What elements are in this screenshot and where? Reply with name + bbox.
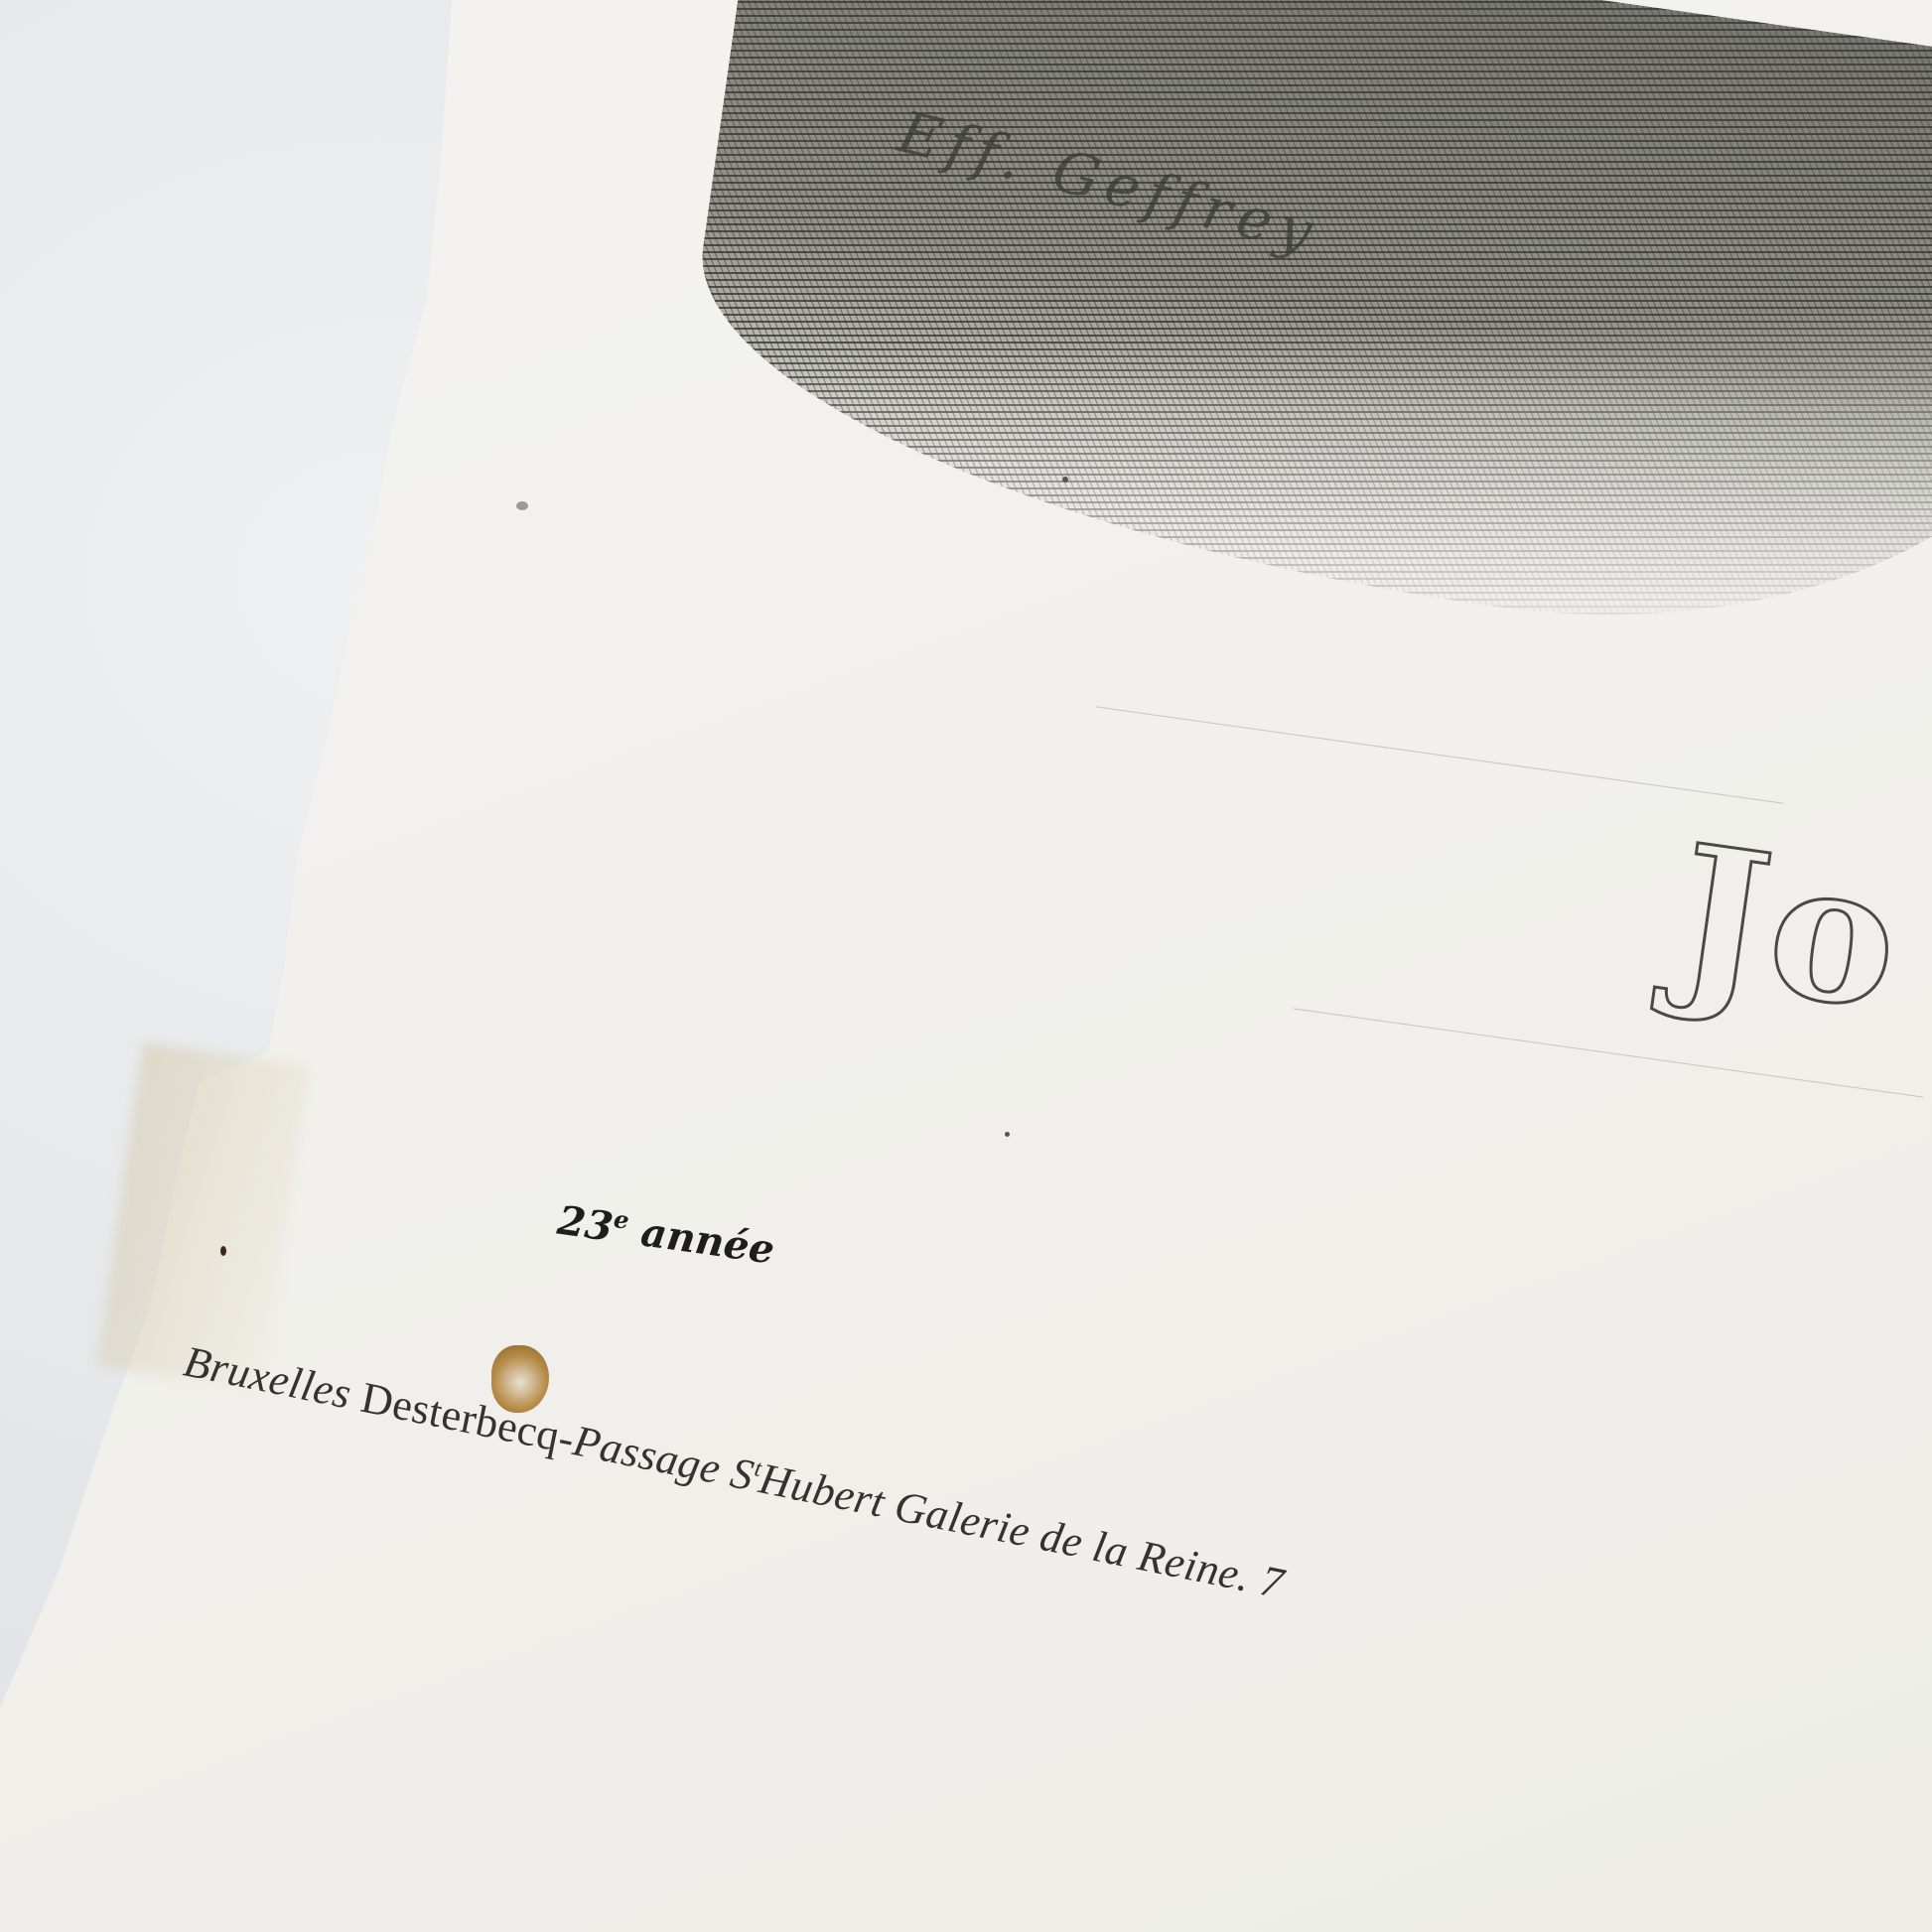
title-fragment: Jo <box>1666 819 1913 1036</box>
paper-speck <box>220 1246 226 1256</box>
paper-speck <box>1005 1132 1010 1137</box>
paper-speck <box>1062 477 1068 483</box>
edition-number: 23 <box>555 1197 617 1251</box>
imprint-number: . 7 <box>1234 1552 1288 1608</box>
edition-superscript: e <box>612 1204 630 1235</box>
paper-speck <box>516 501 528 510</box>
